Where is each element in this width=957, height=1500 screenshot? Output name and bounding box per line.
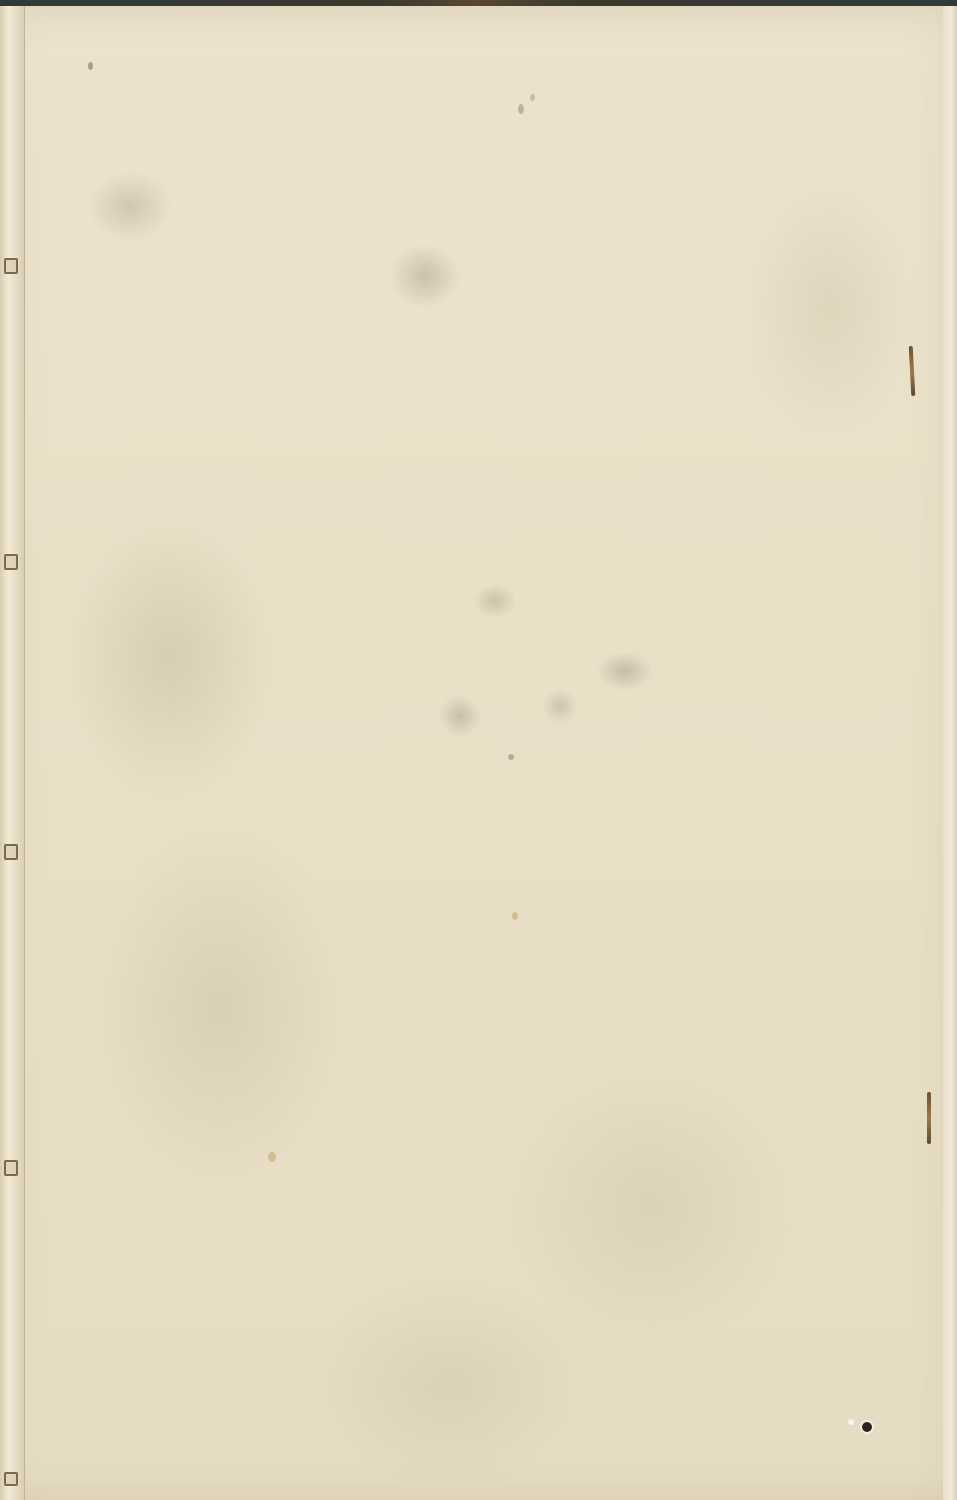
tie-slit-lower (927, 1092, 931, 1144)
spine-stitch (4, 1472, 18, 1486)
spine-stitch (4, 844, 18, 860)
stain-spot (530, 94, 535, 101)
stain-spot (848, 1419, 854, 1425)
stain-spot (518, 104, 524, 114)
stain-spot (268, 1152, 276, 1162)
stain-spot (508, 754, 514, 760)
worm-hole (862, 1422, 872, 1432)
stain-spot (88, 62, 93, 70)
spine-hinge (0, 6, 25, 1500)
book-cover (0, 6, 955, 1500)
stain-spot (512, 912, 518, 920)
spine-stitch (4, 554, 18, 570)
spine-stitch (4, 258, 18, 274)
spine-stitch (4, 1160, 18, 1176)
fore-edge (943, 6, 957, 1500)
